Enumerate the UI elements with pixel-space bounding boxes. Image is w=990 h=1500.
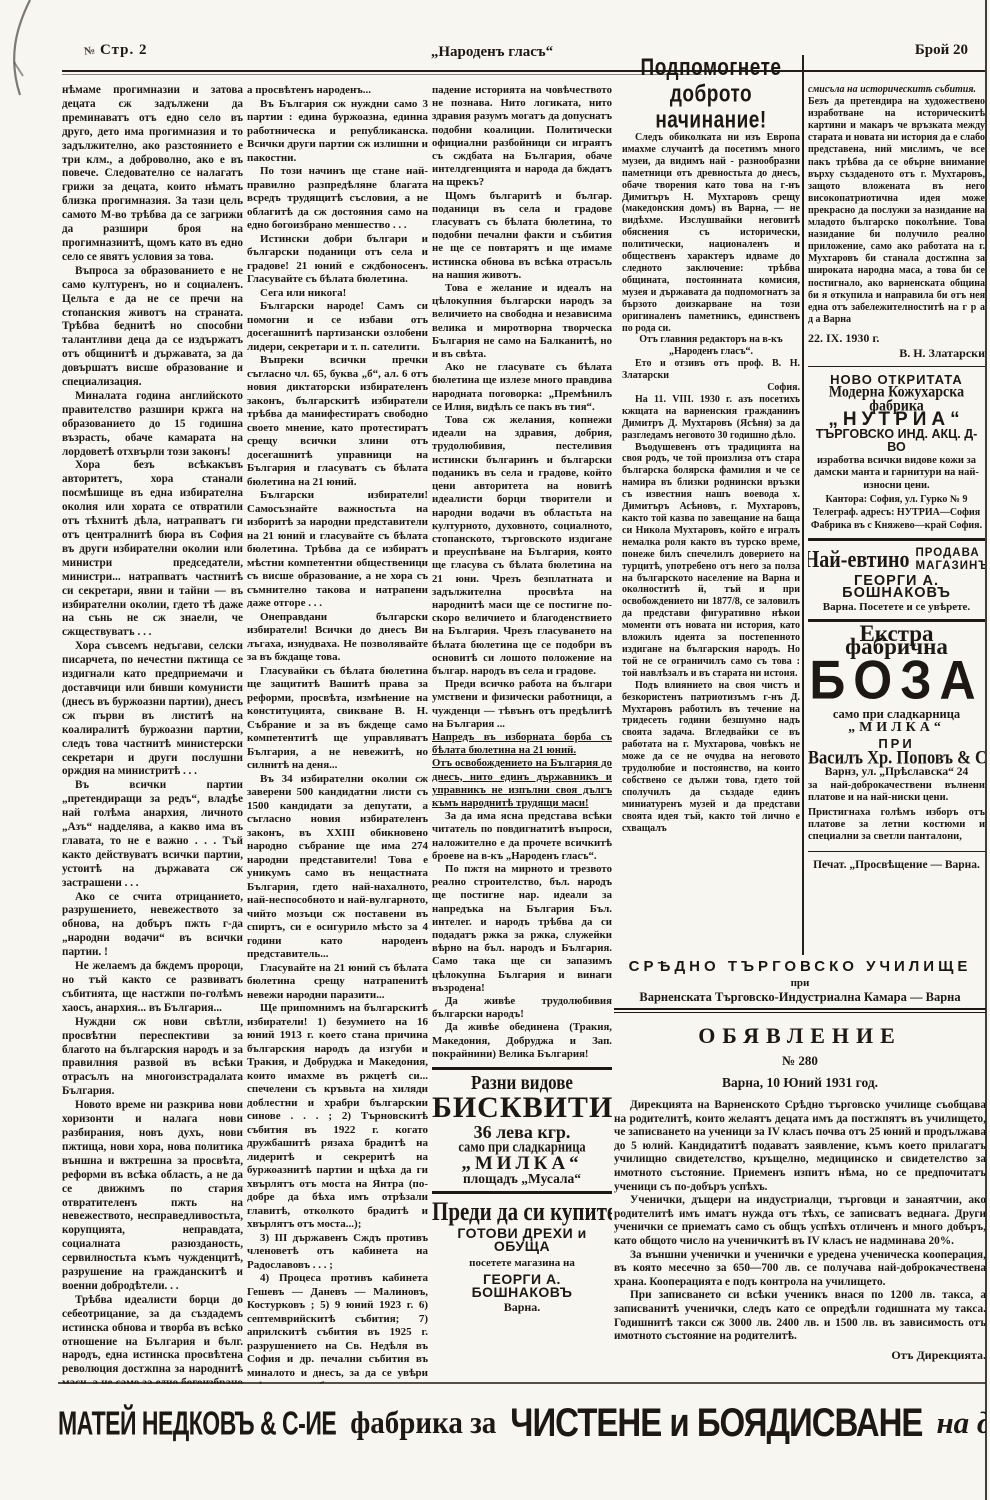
ad-boza-title: БОЗА	[808, 652, 985, 707]
paragraph: Въодушевенъ отъ традицията на своя родъ,…	[622, 442, 800, 680]
ad-popov: ПРИ Василъ Хр. Поповъ & Синъ Варнз, ул. …	[808, 738, 985, 844]
paragraph: Миналата година английското правителство…	[62, 390, 243, 460]
paragraph: 3) III държавенъ Сждъ противъ членоветѣ …	[247, 1232, 428, 1273]
ad-biscuits-title: БИСКВИТИ	[432, 1092, 612, 1123]
footer-service-label: ЧИСТЕНЕ и БОЯДИСВАНЕ	[510, 1400, 922, 1446]
print-imprint: Печат. „Просвѣщение — Варна.	[808, 859, 985, 871]
ad-nutria-office: Кантора: София, ул. Гурко № 9	[808, 494, 985, 506]
paragraph: София.	[622, 382, 800, 394]
announcement-school-name: СРѢДНО ТЪРГОВСКО УЧИЛИЩЕ	[614, 958, 986, 975]
paragraph: Това сж желания, копнежи идеали на здрав…	[432, 414, 612, 678]
paragraph: смисъла на историческитѣ събития.	[808, 84, 985, 96]
article-heading: Подпомогнете доброто начинание!	[622, 55, 800, 134]
paragraph: Безъ да претендира на художествено израб…	[808, 96, 985, 326]
paragraph: 4) Процеса противъ кабинета Гешевъ — Дан…	[247, 1272, 428, 1384]
paragraph: Да живѣе трудолюбивия български народъ!	[432, 995, 612, 1021]
paragraph: Подъ влиянието на своя чистъ и безкорист…	[622, 680, 800, 835]
paragraph: Да живѣе обединена (Тракия, Македония, Д…	[432, 1021, 612, 1061]
divider-above-biscuits-ad	[432, 1067, 612, 1070]
header-rule	[62, 70, 985, 72]
header-rule-secondary	[62, 74, 702, 75]
paragraph: Отъ главния редакторъ на в-къ „Народенъ …	[622, 334, 800, 358]
column-1: нѣмаме прогимназии и затова децата сж за…	[62, 84, 243, 1384]
ad-popov-merchant: Василъ Хр. Поповъ & Синъ	[808, 751, 985, 765]
column-3: падение историята на човѣчеството не поз…	[432, 84, 612, 1382]
paragraph: Отъ освобождението на България до днесъ,…	[432, 757, 612, 810]
paragraph: Ето и отзивъ отъ проф. В. Н. Златарски	[622, 358, 800, 382]
footer-company-name: МАТЕЙ НЕДКОВЪ & С-ИЕ	[58, 1403, 336, 1442]
ad-nutria-factory: Фабрика въ с Княжево—край София.	[808, 520, 985, 532]
column-5-text: смисъла на историческитѣ събития.Безъ да…	[808, 84, 985, 326]
ad-cheapest-shop: Най-евтино ПРОДАВА МАГАЗИНЪ ГЕОРГИ А. БО…	[808, 547, 985, 613]
paragraph: По този начинъ ще стане най-правилно раз…	[247, 165, 428, 233]
paragraph: Ако не гласувате съ бѣлата бюлетина ще и…	[432, 361, 612, 414]
paragraph: падение историята на човѣчеството не поз…	[432, 84, 612, 190]
ad-clothes-subtitle: ГОТОВИ ДРЕХИ и ОБУЩА	[432, 1227, 612, 1253]
announcement-at: при	[614, 977, 986, 989]
paragraph: Не желаемъ да бждемъ пророци, но тъй как…	[62, 960, 243, 1016]
divider-above-cheapest-ad	[808, 538, 985, 541]
paragraph: Въпроса за образованието е не само култу…	[62, 265, 243, 390]
ad-biscuits-price: 36 лева кгр.	[432, 1126, 612, 1139]
ad-biscuits: Разни видове БИСКВИТИ 36 лева кгр. само …	[432, 1076, 612, 1185]
ad-biscuits-address: площадъ „Мусала“	[432, 1172, 612, 1185]
ad-biscuits-shop: „МИЛКА“	[432, 1157, 612, 1170]
ad-biscuits-note: само при сладкарница	[432, 1140, 612, 1155]
ad-nutria-brand: „НУТРИА“	[808, 414, 985, 426]
column-4: Подпомогнете доброто начинание! Следъ об…	[622, 55, 800, 958]
column-5: смисъла на историческитѣ събития.Безъ да…	[808, 84, 985, 958]
paragraph: Дирекцията на Варненското Срѣдно търговс…	[614, 1099, 986, 1194]
footer-factory-label: фабрика за	[350, 1405, 496, 1441]
ad-boza: Екстра фабрична БОЗА само при сладкарниц…	[808, 628, 985, 733]
ad-popov-arrivals: Пристигнаха голѣмъ изборъ отъ платове за…	[808, 807, 985, 844]
paragraph: Въпреки всички пречки съгласно чл. 65, б…	[247, 354, 428, 489]
ad-nutria-body: изработва всички видове кожи за дамски м…	[808, 455, 985, 493]
ad-clothes-title: Преди да си купите	[432, 1197, 612, 1225]
footer-rule	[58, 1382, 986, 1384]
ad-clothes-city: Варна.	[432, 1301, 612, 1314]
review-signature: В. Н. Златарски	[808, 347, 985, 359]
announcement-body: Дирекцията на Варненското Срѣдно търговс…	[614, 1099, 986, 1344]
paragraph: Български избиратели! Самосъзнайте важно…	[247, 489, 428, 611]
paragraph: Новото време ни разкрива нови хоризонти …	[62, 1099, 243, 1294]
paragraph: Ако се счита отрицанието, разрушението, …	[62, 891, 243, 961]
paragraph: Сега или никога!	[247, 287, 428, 301]
paragraph: Гласувайте на 21 юний съ бѣлата бюлетина…	[247, 962, 428, 1003]
footer-banner-ad: МАТЕЙ НЕДКОВЪ & С-ИЕ фабрика за ЧИСТЕНЕ …	[58, 1392, 986, 1454]
ad-nutria-company-type: ТЪРГОВСКО ИНД. АКЦ. Д-ВО	[808, 428, 985, 452]
ad-nutria: НОВО ОТКРИТАТА Модерна Кожухарска фабрик…	[808, 374, 985, 532]
paragraph: Преди всичко работа на българи умствени …	[432, 678, 612, 731]
ad-cheapest-word1: ПРОДАВА	[916, 547, 980, 559]
divider-below-biscuits-ad	[432, 1191, 612, 1194]
paragraph: Гласувайки съ бѣлата бюлетина ще защитит…	[247, 665, 428, 773]
scan-fold-artifact	[0, 0, 60, 120]
column-2: а просвѣтенъ народенъ...Въ България сж н…	[247, 84, 428, 1384]
paragraph: Въ България сж нуждни само 3 партии : ед…	[247, 98, 428, 166]
announcement-dateline: Варна, 10 Юний 1931 год.	[614, 1075, 986, 1091]
paragraph: При записването си всѣки ученикъ внася п…	[614, 1289, 986, 1343]
paragraph: Нуждни сж нови свѣтли, просвѣтни переспе…	[62, 1016, 243, 1099]
paragraph: Напредъ въ изборната борба съ бѣлата бюл…	[432, 731, 612, 757]
announcement-chamber: Варненската Търговско-Индустриална Камар…	[614, 990, 986, 1005]
paragraph: Трѣбва идеалисти борци до себеотрицание,…	[62, 1294, 243, 1384]
ad-biscuits-kicker: Разни видове	[432, 1075, 612, 1091]
paragraph: Хора съвсемъ недъгави, селски писарчета,…	[62, 640, 243, 779]
column-4-text: Следъ обиколката ни изъ Европа имахме сл…	[622, 132, 800, 834]
announcement-number: № 280	[614, 1053, 986, 1069]
paragraph: Хора безъ всѣкакъвъ авторитетъ, хора ста…	[62, 459, 243, 640]
paragraph: По пжтя на мирното и трезвото реално стр…	[432, 863, 612, 995]
paragraph: Ще припомнимъ на българскитѣ избиратели!…	[247, 1002, 428, 1232]
school-announcement: СРѢДНО ТЪРГОВСКО УЧИЛИЩЕ при Варненската…	[614, 956, 986, 1380]
paragraph: Ученички, дъщери на индустриалци, търгов…	[614, 1194, 986, 1248]
announcement-double-rule	[614, 1008, 986, 1013]
issue-number: Брой 20	[915, 42, 968, 59]
paragraph: Това е желание и идеалъ на цѣлокупния бъ…	[432, 282, 612, 361]
ad-boza-shop: „МИЛКА“	[808, 722, 985, 734]
ad-clothes: Преди да си купите ГОТОВИ ДРЕХИ и ОБУЩА …	[432, 1200, 612, 1314]
ad-cheapest-headline: Най-евтино	[808, 552, 910, 567]
paragraph: На 11. VIII. 1930 г. азъ посетихъ кжщата…	[622, 394, 800, 442]
paragraph: Щомъ българитѣ и българ. поданици въ сел…	[432, 190, 612, 282]
footer-service-tail: на дрехи.	[936, 1405, 986, 1441]
announcement-heading: ОБЯВЛЕНИЕ	[614, 1023, 986, 1049]
paragraph: нѣмаме прогимназии и затова децата сж за…	[62, 84, 243, 265]
newspaper-page: № Стр. 2 „Народенъ гласъ“ Брой 20 нѣмаме…	[0, 0, 990, 1500]
paragraph: Следъ обиколката ни изъ Европа имахме сл…	[622, 132, 800, 334]
paragraph: За външни ученички и ученички е уредена …	[614, 1249, 986, 1290]
ad-cheapest-tail: Варна. Посетете и се увѣрете.	[808, 601, 985, 613]
paragraph: За да има ясна представа всѣки читатель …	[432, 810, 612, 863]
column-divider-rule	[802, 55, 804, 955]
paragraph: Въ всички партии „претендиращи за редъ“,…	[62, 779, 243, 890]
paragraph: Български народе! Самъ си помогни и се и…	[247, 300, 428, 354]
ad-cheapest-merchant: ГЕОРГИ А. БОШНАКОВЪ	[808, 575, 985, 599]
review-date: 22. IX. 1930 г.	[808, 332, 985, 344]
ad-clothes-merchant: ГЕОРГИ А. БОШНАКОВЪ	[432, 1273, 612, 1299]
announcement-signoff: Отъ Дирекцията.	[614, 1348, 986, 1363]
paragraph: Истински добри българи и български подан…	[247, 233, 428, 287]
paragraph: Онеправдани български избиратели! Всички…	[247, 611, 428, 665]
divider-above-nutria-ad	[808, 366, 985, 367]
paragraph: Въ 34 избирателни околии сж заверени 500…	[247, 773, 428, 962]
ad-cheapest-word2: МАГАЗИНЪ	[916, 560, 985, 572]
ad-clothes-note: посетете магазина на	[432, 1257, 612, 1270]
divider-above-imprint	[808, 851, 985, 852]
paragraph: а просвѣтенъ народенъ...	[247, 84, 428, 98]
column-3-text: падение историята на човѣчеството не поз…	[432, 84, 612, 1061]
ad-popov-offer: за най-доброкачествени вълнени платове и…	[808, 780, 985, 805]
ad-nutria-subtitle: Модерна Кожухарска фабрика	[808, 386, 985, 414]
ad-nutria-telegraph: Телеграф. адресъ: НУТРИА—София	[808, 507, 985, 519]
